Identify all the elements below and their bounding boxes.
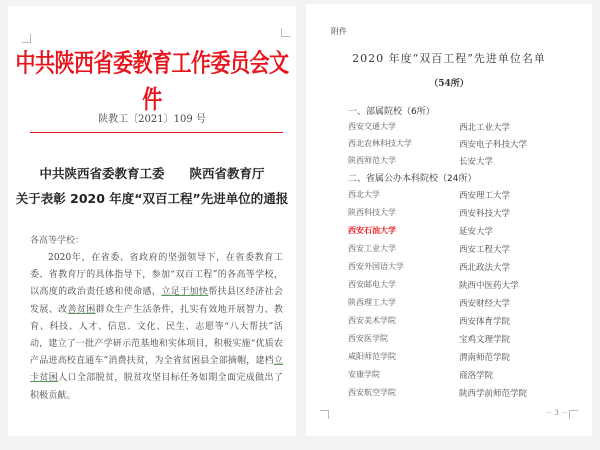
- school-name: 西北农林科技大学: [348, 138, 412, 149]
- spellcheck-underline: 立足于加快: [161, 287, 208, 297]
- attachment-label: 附件: [331, 26, 347, 37]
- list-title: 2020 年度“双百工程”先进单位名单: [306, 50, 592, 66]
- notice-issuers: 中共陕西省委教育工委 陕西省教育厅: [8, 164, 296, 182]
- page-corner-mark: [22, 34, 31, 43]
- school-name: 陕西学前师范学院: [459, 387, 527, 399]
- school-row: 陕西师范大学 长安大学: [348, 155, 568, 172]
- school-row: 西北大学 西安理工大学: [348, 189, 568, 206]
- school-row: 西安工业大学 西安工程大学: [348, 243, 568, 260]
- school-name: 宝鸡文理学院: [459, 333, 510, 345]
- school-name: 陕西师范大学: [348, 155, 396, 166]
- school-name-highlighted: 西安石油大学: [348, 225, 396, 236]
- school-row: 西安邮电大学 陕西中医药大学: [348, 279, 568, 296]
- school-name: 陕西中医药大学: [459, 279, 519, 291]
- school-name: 西安交通大学: [348, 121, 396, 132]
- school-name: 西安美术学院: [348, 315, 396, 326]
- school-row: 西安交通大学 西北工业大学: [348, 121, 568, 138]
- school-name: 西安航空学院: [348, 387, 396, 398]
- document-page-left: 中共陕西省委教育工作委员会文件 陕教工〔2021〕109 号 中共陕西省委教育工…: [8, 6, 296, 436]
- school-row: 西北农林科技大学 西安电子科技大学: [348, 138, 568, 155]
- school-name: 陕西理工大学: [348, 297, 396, 308]
- school-row: 咸阳师范学院 渭南师范学院: [348, 351, 568, 368]
- school-name: 商洛学院: [459, 369, 493, 381]
- school-name: 西安体育学院: [459, 315, 510, 327]
- document-red-header: 中共陕西省委教育工作委员会文件: [8, 43, 296, 116]
- school-name: 西安外国语大学: [348, 261, 404, 272]
- school-row: 西安医学院 宝鸡文理学院: [348, 333, 568, 350]
- spellcheck-underline: 善贫困: [68, 305, 96, 315]
- notice-title: 关于表彰 2020 年度“双百工程”先进单位的通报: [8, 189, 296, 207]
- school-name: 西安电子科技大学: [459, 138, 527, 150]
- document-page-right: 附件 2020 年度“双百工程”先进单位名单 （54所） 一、部属院校（6所） …: [306, 4, 592, 436]
- red-separator-line: [30, 132, 283, 133]
- section-heading-provincial: 二、省属公办本科院校（24所）: [348, 171, 476, 184]
- list-count: （54所）: [306, 76, 592, 89]
- school-row: 安康学院 商洛学院: [348, 369, 568, 386]
- page-corner-mark: [569, 410, 578, 419]
- school-name: 安康学院: [348, 369, 380, 380]
- school-row: 西安石油大学 延安大学: [348, 225, 568, 242]
- school-name: 西北大学: [348, 189, 380, 200]
- page-number: － 3 －: [545, 408, 568, 418]
- school-name: 咸阳师范学院: [348, 351, 396, 362]
- school-name: 西北工业大学: [459, 121, 510, 133]
- school-name: 西安邮电大学: [348, 279, 396, 290]
- school-row: 西安航空学院 陕西学前师范学院: [348, 387, 568, 404]
- school-name: 西安财经大学: [459, 297, 510, 309]
- school-name: 西安工程大学: [459, 243, 510, 255]
- school-name: 西安科技大学: [459, 207, 510, 219]
- section-heading-ministry: 一、部属院校（6所）: [348, 104, 435, 117]
- school-row: 陕西科技大学 西安科技大学: [348, 207, 568, 224]
- school-name: 西安理工大学: [459, 189, 510, 201]
- school-name: 西安工业大学: [348, 243, 396, 254]
- document-number: 陕教工〔2021〕109 号: [8, 110, 296, 125]
- page-corner-mark: [281, 28, 290, 37]
- school-name: 长安大学: [459, 155, 493, 167]
- school-row: 西安外国语大学 西北政法大学: [348, 261, 568, 278]
- school-row: 西安美术学院 西安体育学院: [348, 315, 568, 332]
- body-text-segment: 人口全部脱贫，脱贫攻坚目标任务如期全面完成做出了积极贡献。: [30, 373, 283, 400]
- salutation: 各高等学校：: [30, 233, 84, 246]
- school-name: 西安医学院: [348, 333, 388, 344]
- school-name: 渭南师范学院: [459, 351, 510, 363]
- school-name: 延安大学: [459, 225, 493, 237]
- notice-body: 2020年，在省委、省政府的坚强领导下，在省委教育工委、省教育厅的具体指导下，参…: [30, 250, 283, 405]
- school-row: 陕西理工大学 西安财经大学: [348, 297, 568, 314]
- school-name: 西北政法大学: [459, 261, 510, 273]
- page-corner-mark: [320, 410, 329, 419]
- school-name: 陕西科技大学: [348, 207, 396, 218]
